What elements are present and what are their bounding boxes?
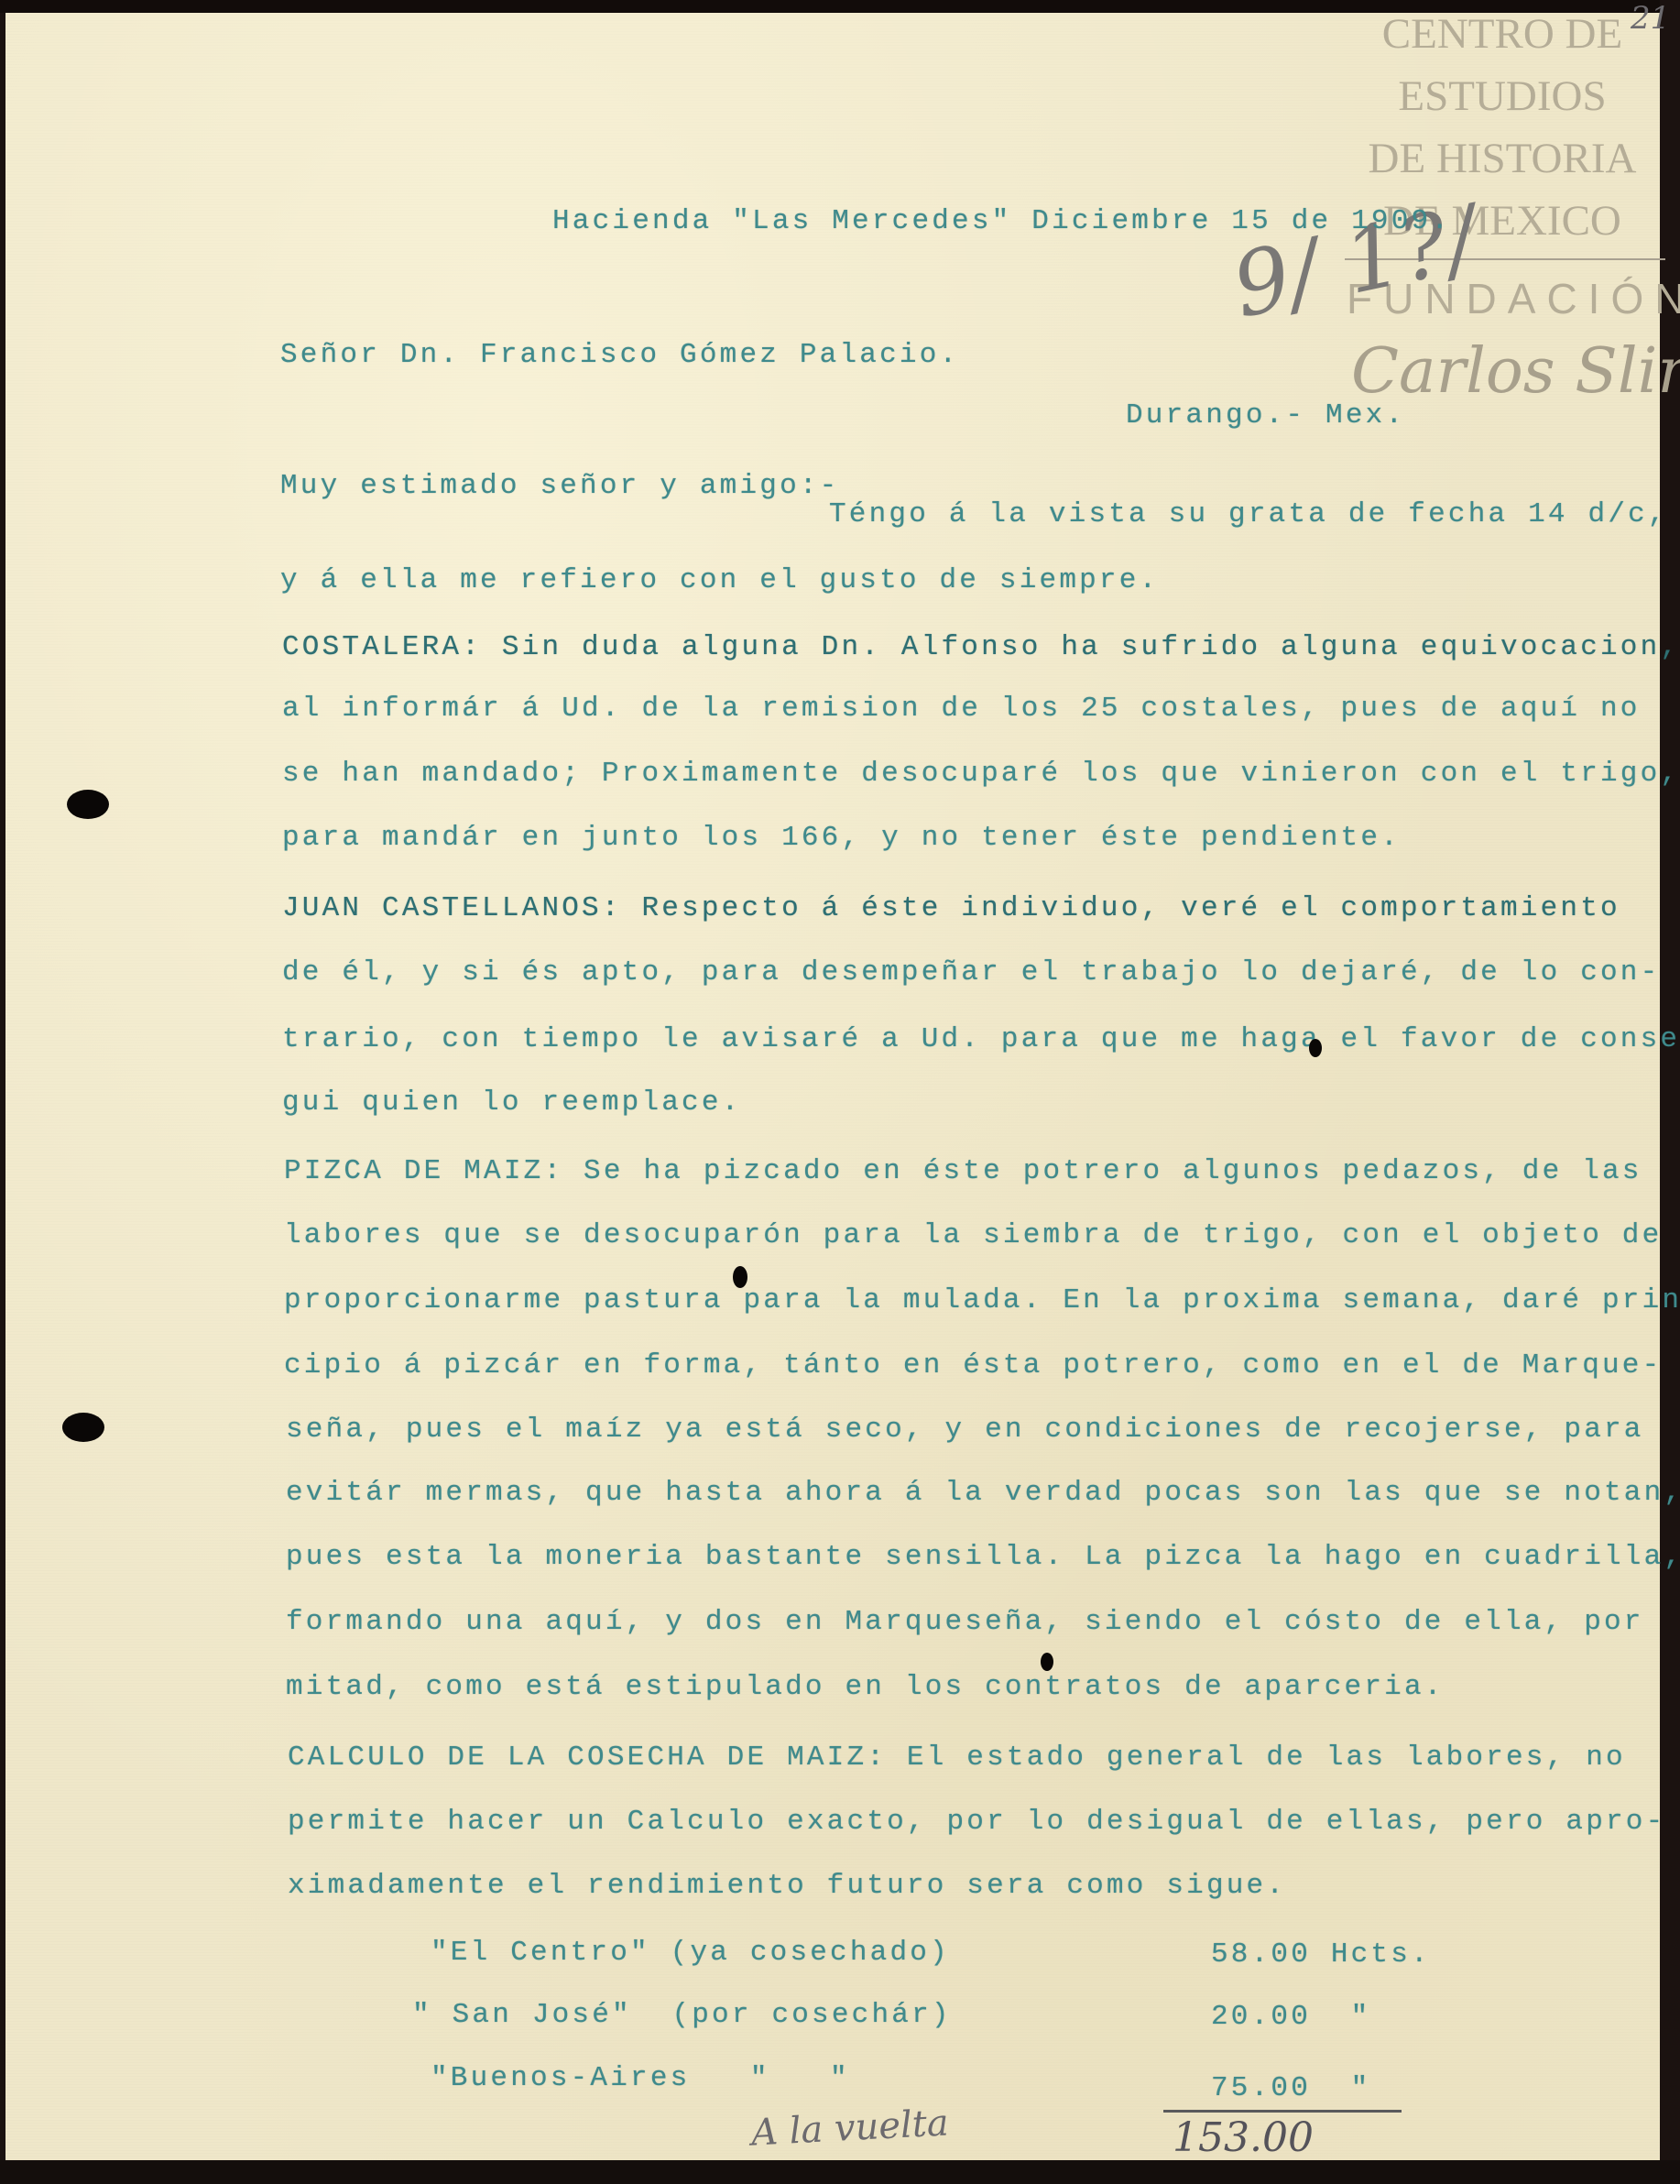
paragraph-line: al informár á Ud. de la remision de los … <box>282 694 1641 723</box>
harvest-row-value: 20.00 " <box>1211 2003 1370 2031</box>
paragraph-line: CALCULO DE LA COSECHA DE MAIZ: El estado… <box>288 1743 1626 1772</box>
handwritten-total: 153.00 <box>1173 2114 1314 2161</box>
paragraph-line: seña, pues el maíz ya está seco, y en co… <box>286 1415 1644 1444</box>
harvest-row-name: "El Centro" (ya cosechado) <box>431 1938 950 1967</box>
letter-opening: y á ella me refiero con el gusto de siem… <box>280 566 1159 595</box>
letter-opening: Téngo á la vista su grata de fecha 14 d/… <box>829 500 1668 529</box>
scan-border-bottom <box>0 2160 1680 2184</box>
paragraph-line: ximadamente el rendimiento futuro sera c… <box>288 1872 1286 1900</box>
paragraph-line: proporcionarme pastura para la mulada. E… <box>284 1286 1680 1315</box>
letter-page <box>5 9 1664 2162</box>
letter-recipient: Señor Dn. Francisco Gómez Palacio. <box>280 341 959 369</box>
paragraph-line: de él, y si és apto, para desempeñar el … <box>282 958 1660 987</box>
paragraph-line: formando una aquí, y dos en Marqueseña, … <box>286 1608 1644 1636</box>
ink-dot <box>1309 1039 1322 1057</box>
watermark-line: CENTRO DE <box>1347 13 1658 56</box>
page-number-annotation: 21 <box>1631 0 1670 37</box>
punch-hole <box>67 790 109 819</box>
harvest-row-name: " San José" (por cosechár) <box>412 2001 952 2029</box>
harvest-row-value: 75.00 " <box>1211 2074 1370 2102</box>
paragraph-line: permite hacer un Calculo exacto, por lo … <box>288 1807 1665 1836</box>
paragraph-line: trario, con tiempo le avisaré a Ud. para… <box>282 1025 1680 1054</box>
paragraph-line: cipio á pizcár en forma, tánto en ésta p… <box>284 1351 1662 1380</box>
paragraph-line: mitad, como está estipulado en los contr… <box>286 1673 1445 1701</box>
paragraph-line: COSTALERA: Sin duda alguna Dn. Alfonso h… <box>282 633 1680 661</box>
paragraph-line: gui quien lo reemplace. <box>282 1088 741 1117</box>
scan-border-right <box>1660 0 1680 2184</box>
watermark-signature: Carlos Slim <box>1351 341 1663 403</box>
paragraph-line: pues esta la moneria bastante sensilla. … <box>286 1543 1680 1571</box>
sum-underline <box>1163 2110 1402 2113</box>
letter-heading: Hacienda "Las Mercedes" Diciembre 15 de … <box>552 207 1451 235</box>
paragraph-line: se han mandado; Proximamente desocuparé … <box>282 759 1680 788</box>
ink-dot <box>1041 1653 1053 1671</box>
harvest-row-value: 58.00 Hcts. <box>1211 1940 1431 1969</box>
harvest-row-name: "Buenos-Aires " " <box>431 2064 850 2092</box>
paragraph-line: para mandár en junto los 166, y no tener… <box>282 824 1401 852</box>
letter-salutation: Muy estimado señor y amigo:- <box>280 472 840 500</box>
paragraph-line: evitár mermas, que hasta ahora á la verd… <box>286 1479 1680 1507</box>
watermark-line: ESTUDIOS <box>1347 75 1658 118</box>
punch-hole <box>62 1413 104 1442</box>
paragraph-line: labores que se desocuparón para la siemb… <box>284 1221 1662 1250</box>
ink-dot <box>733 1266 747 1288</box>
letter-location: Durango.- Mex. <box>1126 401 1405 430</box>
paragraph-line: JUAN CASTELLANOS: Respecto á éste indivi… <box>282 894 1620 923</box>
watermark-line: DE HISTORIA <box>1347 137 1658 180</box>
paragraph-line: PIZCA DE MAIZ: Se ha pizcado en éste pot… <box>284 1157 1642 1185</box>
